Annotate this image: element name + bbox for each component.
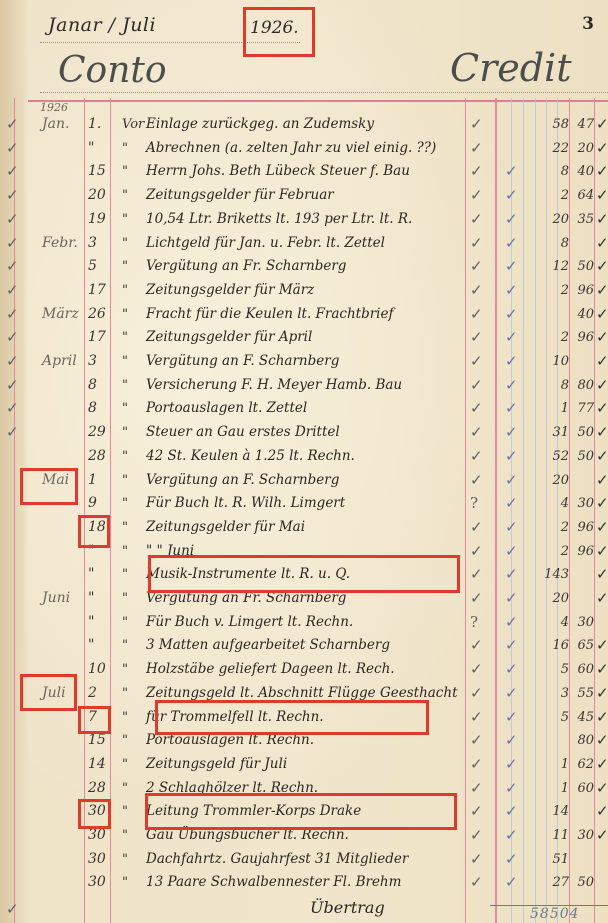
entry-day: 19: [88, 208, 106, 231]
highlight-box-mai: [20, 468, 78, 505]
credit-heading: Credit: [450, 46, 571, 90]
right-check-icon: ✓: [596, 232, 608, 255]
entry-description: 13 Paare Schwalbennester Fl. Brehm: [146, 871, 401, 894]
second-check-icon: ✓: [505, 753, 518, 776]
ledger-row: 30"Dachfahrtz. Gaujahrfest 31 Mitglieder…: [0, 848, 608, 871]
entry-reference: ": [122, 232, 128, 255]
audit-check-icon: ✓: [470, 279, 483, 302]
highlight-box-leitung-trommler: [145, 793, 457, 830]
right-check-icon: ✓: [596, 540, 608, 563]
second-check-icon: ✓: [505, 232, 518, 255]
entry-month: Juni: [42, 587, 70, 610]
entry-cents: 60: [572, 777, 594, 800]
entry-amount: 31: [535, 421, 569, 444]
left-check-icon: ✓: [6, 279, 19, 302]
entry-reference: ": [122, 848, 128, 871]
audit-check-icon: ✓: [470, 255, 483, 278]
entry-amount: 8: [535, 374, 569, 397]
entry-reference: ": [122, 563, 128, 586]
entry-day: 30: [88, 871, 106, 894]
second-check-icon: ✓: [505, 682, 518, 705]
entry-amount: 5: [535, 706, 569, 729]
second-check-icon: ✓: [505, 777, 518, 800]
entry-cents: 96: [572, 540, 594, 563]
entry-amount: 2: [535, 540, 569, 563]
entry-reference: ": [122, 350, 128, 373]
audit-check-icon: ✓: [470, 777, 483, 800]
entry-description: Abrechnen (a. zelten Jahr zu viel einig.…: [146, 137, 436, 160]
entry-day: 30: [88, 848, 106, 871]
entry-day: 3: [88, 350, 97, 373]
entry-description: Zeitungsgeld für Juli: [146, 753, 287, 776]
entry-reference: ": [122, 516, 128, 539]
entry-day: ": [88, 634, 94, 657]
entry-cents: 30: [572, 824, 594, 847]
ledger-row: 28"42 St. Keulen à 1.25 lt. Rechn.✓✓5250…: [0, 445, 608, 468]
entry-amount: 11: [535, 824, 569, 847]
entry-month: März: [42, 303, 79, 326]
audit-check-icon: ✓: [470, 374, 483, 397]
second-check-icon: ✓: [505, 871, 518, 894]
right-check-icon: ✓: [596, 374, 608, 397]
audit-check-icon: ✓: [470, 326, 483, 349]
ledger-row: ✓17"Zeitungsgelder für April✓✓296✓: [0, 326, 608, 349]
entry-amount: 5: [535, 658, 569, 681]
second-check-icon: ✓: [505, 445, 518, 468]
entry-description: Zeitungsgelder für Mai: [146, 516, 305, 539]
audit-check-icon: ✓: [470, 682, 483, 705]
left-check-icon: ✓: [6, 326, 19, 349]
ledger-row: ✓April3"Vergütung an F. Scharnberg✓✓10✓: [0, 350, 608, 373]
entry-month: April: [42, 350, 77, 373]
entry-cents: 35: [572, 208, 594, 231]
left-check-icon: ✓: [6, 160, 19, 183]
second-check-icon: ✓: [505, 326, 518, 349]
right-check-icon: ✓: [596, 729, 608, 752]
right-check-icon: ✓: [596, 397, 608, 420]
right-check-icon: ✓: [596, 587, 608, 610]
entry-reference: ": [122, 255, 128, 278]
second-check-icon: ✓: [505, 492, 518, 515]
left-check-icon: ✓: [6, 303, 19, 326]
entry-reference: ": [122, 729, 128, 752]
entry-reference: ": [122, 279, 128, 302]
entry-description: Lichtgeld für Jan. u. Febr. lt. Zettel: [146, 232, 385, 255]
entry-description: Versicherung F. H. Meyer Hamb. Bau: [146, 374, 402, 397]
audit-check-icon: ✓: [470, 184, 483, 207]
entry-cents: 64: [572, 184, 594, 207]
entry-day: 8: [88, 397, 97, 420]
right-check-icon: ✓: [596, 706, 608, 729]
ledger-row: 9"Für Buch lt. R. Wilh. Limgert?✓430✓: [0, 492, 608, 515]
entry-amount: 20: [535, 469, 569, 492]
entry-amount: 2: [535, 326, 569, 349]
ledger-row: ✓20"Zeitungsgelder für Februar✓✓264✓: [0, 184, 608, 207]
ledger-row: ✓Febr.3"Lichtgeld für Jan. u. Febr. lt. …: [0, 232, 608, 255]
entry-amount: 20: [535, 587, 569, 610]
entry-reference: ": [122, 303, 128, 326]
second-check-icon: ✓: [505, 421, 518, 444]
entry-reference: ": [122, 682, 128, 705]
highlight-box-day-30: [78, 799, 111, 829]
entry-description: Einlage zurückgeg. an Zudemsky: [146, 113, 374, 136]
entry-amount: 1: [535, 777, 569, 800]
entry-cents: 80: [572, 729, 594, 752]
second-check-icon: ✓: [505, 824, 518, 847]
entry-reference: ": [122, 706, 128, 729]
entry-cents: 45: [572, 706, 594, 729]
entry-cents: 50: [572, 421, 594, 444]
left-check-icon: ✓: [6, 374, 19, 397]
second-check-icon: ✓: [505, 160, 518, 183]
right-check-icon: ✓: [596, 326, 608, 349]
second-check-icon: ✓: [505, 800, 518, 823]
entry-month: Febr.: [42, 232, 78, 255]
right-check-icon: ✓: [596, 208, 608, 231]
entry-reference: ": [122, 753, 128, 776]
second-check-icon: ✓: [505, 540, 518, 563]
right-check-icon: ✓: [596, 469, 608, 492]
audit-check-icon: ✓: [470, 658, 483, 681]
conto-heading: Conto: [58, 50, 167, 91]
ledger-row: ✓19"10,54 Ltr. Briketts lt. 193 per Ltr.…: [0, 208, 608, 231]
entry-cents: 96: [572, 279, 594, 302]
period-title: Janar / Juli: [48, 14, 156, 36]
ledger-row: ✓Jan.1.VorEinlage zurückgeg. an Zudemsky…: [0, 113, 608, 136]
left-check-icon: ✓: [6, 397, 19, 420]
second-check-icon: ✓: [505, 397, 518, 420]
entry-reference: ": [122, 587, 128, 610]
entry-day: 26: [88, 303, 106, 326]
entry-amount: 2: [535, 516, 569, 539]
audit-check-icon: ✓: [470, 445, 483, 468]
entry-description: Steuer an Gau erstes Drittel: [146, 421, 340, 444]
entry-amount: 16: [535, 634, 569, 657]
entry-description: Zeitungsgelder für April: [146, 326, 312, 349]
entry-cents: 30: [572, 492, 594, 515]
right-check-icon: ✓: [596, 255, 608, 278]
right-check-icon: ✓: [596, 800, 608, 823]
entry-day: 15: [88, 160, 106, 183]
second-check-icon: ✓: [505, 279, 518, 302]
entry-day: 1: [88, 469, 97, 492]
total-amount: 58504: [530, 906, 580, 922]
left-check-icon: ✓: [6, 232, 19, 255]
second-check-icon: ✓: [505, 611, 518, 634]
ledger-row: ✓""Abrechnen (a. zelten Jahr zu viel ein…: [0, 137, 608, 160]
left-check-icon: ✓: [6, 113, 19, 136]
audit-check-icon: ✓: [470, 421, 483, 444]
left-check-icon: ✓: [6, 184, 19, 207]
right-check-icon: ✓: [596, 634, 608, 657]
highlight-box-juli: [20, 674, 77, 711]
ledger-row: ✓5"Vergütung an Fr. Scharnberg✓✓1250✓: [0, 255, 608, 278]
right-check-icon: ✓: [596, 753, 608, 776]
ledger-row: ✓29"Steuer an Gau erstes Drittel✓✓3150✓: [0, 421, 608, 444]
entry-day: 29: [88, 421, 106, 444]
entry-cents: 20: [572, 137, 594, 160]
right-check-icon: ✓: [596, 445, 608, 468]
entry-cents: 77: [572, 397, 594, 420]
ledger-row: 30"13 Paare Schwalbennester Fl. Brehm✓✓2…: [0, 871, 608, 894]
right-check-icon: ✓: [596, 184, 608, 207]
entry-reference: ": [122, 824, 128, 847]
total-cents: 04: [560, 906, 580, 922]
audit-check-icon: ✓: [470, 303, 483, 326]
heading-dotted-line: [40, 92, 608, 93]
entry-day: 28: [88, 777, 106, 800]
ledger-row: ✓15"Herrn Johs. Beth Lübeck Steuer f. Ba…: [0, 160, 608, 183]
entry-reference: Vor: [122, 113, 144, 136]
second-check-icon: ✓: [505, 848, 518, 871]
entry-cents: 50: [572, 871, 594, 894]
entry-reference: ": [122, 374, 128, 397]
page-number: 3: [582, 14, 594, 34]
audit-check-icon: ✓: [470, 397, 483, 420]
second-check-icon: ✓: [505, 350, 518, 373]
audit-check-icon: ?: [470, 492, 478, 515]
entry-day: 5: [88, 255, 97, 278]
top-rule: [28, 100, 608, 102]
second-check-icon: ✓: [505, 658, 518, 681]
total-value: 585: [530, 906, 560, 922]
highlight-box-musik-instrumente: [148, 555, 460, 593]
entry-description: Zeitungsgelder für Februar: [146, 184, 334, 207]
left-check-icon: ✓: [6, 255, 19, 278]
entry-day: 10: [88, 658, 106, 681]
entry-description: 3 Matten aufgearbeitet Scharnberg: [146, 634, 390, 657]
audit-check-icon: ✓: [470, 587, 483, 610]
entry-day: 28: [88, 445, 106, 468]
left-check-icon: ✓: [6, 137, 19, 160]
entry-day: 1.: [88, 113, 101, 136]
audit-check-icon: ✓: [470, 824, 483, 847]
right-check-icon: ✓: [596, 160, 608, 183]
highlight-box-year: [243, 7, 315, 57]
entry-day: 17: [88, 326, 106, 349]
audit-check-icon: ✓: [470, 848, 483, 871]
highlight-box-trommelfell: [155, 700, 429, 735]
entry-cents: 55: [572, 682, 594, 705]
entry-reference: ": [122, 777, 128, 800]
ledger-row: 14"Zeitungsgeld für Juli✓✓162✓: [0, 753, 608, 776]
entry-description: Holzstäbe geliefert Dageen lt. Rech.: [146, 658, 395, 681]
audit-check-icon: ✓: [470, 232, 483, 255]
highlight-box-day-7: [78, 706, 111, 734]
audit-check-icon: ✓: [470, 800, 483, 823]
entry-description: Zeitungsgelder für März: [146, 279, 314, 302]
entry-reference: ": [122, 871, 128, 894]
right-check-icon: ✓: [596, 492, 608, 515]
second-check-icon: ✓: [505, 184, 518, 207]
second-check-icon: ✓: [505, 374, 518, 397]
audit-check-icon: ✓: [470, 634, 483, 657]
entry-cents: 96: [572, 516, 594, 539]
entry-amount: 3: [535, 682, 569, 705]
entry-amount: 2: [535, 184, 569, 207]
right-check-icon: ✓: [596, 658, 608, 681]
entry-description: Portoauslagen lt. Zettel: [146, 397, 307, 420]
entry-cents: 50: [572, 445, 594, 468]
right-check-icon: ✓: [596, 113, 608, 136]
entry-day: ": [88, 137, 94, 160]
entry-description: Vergütung an F. Scharnberg: [146, 350, 339, 373]
second-check-icon: ✓: [505, 208, 518, 231]
second-check-icon: ✓: [505, 706, 518, 729]
entry-reference: ": [122, 445, 128, 468]
right-check-icon: ✓: [596, 563, 608, 586]
right-check-icon: ✓: [596, 682, 608, 705]
ledger-page: Janar / Juli 1926. 3 Conto Credit 1926 ✓…: [0, 0, 608, 923]
ledger-row: 10"Holzstäbe geliefert Dageen lt. Rech.✓…: [0, 658, 608, 681]
entry-reference: ": [122, 800, 128, 823]
audit-check-icon: ✓: [470, 706, 483, 729]
entry-amount: 51: [535, 848, 569, 871]
entry-description: Vergütung an Fr. Scharnberg: [146, 255, 346, 278]
entry-amount: 52: [535, 445, 569, 468]
entry-reference: ": [122, 397, 128, 420]
ledger-row: ✓8"Versicherung F. H. Meyer Hamb. Bau✓✓8…: [0, 374, 608, 397]
entry-cents: 40: [572, 303, 594, 326]
audit-check-icon: ✓: [470, 729, 483, 752]
entry-day: ": [88, 611, 94, 634]
audit-check-icon: ✓: [470, 208, 483, 231]
entry-cents: 62: [572, 753, 594, 776]
second-check-icon: ✓: [505, 516, 518, 539]
entry-cents: 65: [572, 634, 594, 657]
entry-day: 8: [88, 374, 97, 397]
audit-check-icon: ✓: [470, 753, 483, 776]
entry-cents: 50: [572, 255, 594, 278]
entry-description: Fracht für die Keulen lt. Frachtbrief: [146, 303, 394, 326]
second-check-icon: ✓: [505, 729, 518, 752]
entry-cents: 40: [572, 160, 594, 183]
entry-description: Für Buch v. Limgert lt. Rechn.: [146, 611, 353, 634]
entry-description: Für Buch lt. R. Wilh. Limgert: [146, 492, 345, 515]
entry-description: Dachfahrtz. Gaujahrfest 31 Mitglieder: [146, 848, 408, 871]
entry-reference: ": [122, 137, 128, 160]
audit-check-icon: ✓: [470, 871, 483, 894]
carry-over-label: Übertrag: [310, 898, 385, 917]
entry-day: ": [88, 587, 94, 610]
audit-check-icon: ✓: [470, 350, 483, 373]
right-check-icon: ✓: [596, 303, 608, 326]
entry-cents: 80: [572, 374, 594, 397]
audit-check-icon: ✓: [470, 137, 483, 160]
audit-check-icon: ✓: [470, 563, 483, 586]
entry-reference: ": [122, 469, 128, 492]
audit-check-icon: ✓: [470, 516, 483, 539]
entry-cents: 96: [572, 326, 594, 349]
ledger-row: Mai1"Vergütung an F. Scharnberg✓✓20✓: [0, 469, 608, 492]
right-check-icon: ✓: [596, 421, 608, 444]
right-check-icon: ✓: [596, 824, 608, 847]
entry-amount: 10: [535, 350, 569, 373]
entry-amount: 8: [535, 160, 569, 183]
entry-day: 3: [88, 232, 97, 255]
entry-day: 2: [88, 682, 97, 705]
entry-description: Herrn Johs. Beth Lübeck Steuer f. Bau: [146, 160, 410, 183]
ledger-row: ✓17"Zeitungsgelder für März✓✓296✓: [0, 279, 608, 302]
entry-month: Jan.: [42, 113, 69, 136]
entry-day: 9: [88, 492, 97, 515]
entry-reference: ": [122, 160, 128, 183]
entry-cents: 60: [572, 658, 594, 681]
entry-reference: ": [122, 658, 128, 681]
entry-amount: 22: [535, 137, 569, 160]
entry-amount: 4: [535, 492, 569, 515]
second-check-icon: ✓: [505, 587, 518, 610]
left-check-icon: ✓: [6, 208, 19, 231]
entry-amount: 1: [535, 397, 569, 420]
ledger-row: ✓8"Portoauslagen lt. Zettel✓✓177✓: [0, 397, 608, 420]
audit-check-icon: ?: [470, 611, 478, 634]
left-check-icon: ✓: [6, 350, 19, 373]
ledger-row: ""Für Buch v. Limgert lt. Rechn.?✓430: [0, 611, 608, 634]
entry-cents: 47: [572, 113, 594, 136]
entry-description: Vergütung an F. Scharnberg: [146, 469, 339, 492]
second-check-icon: ✓: [505, 634, 518, 657]
entry-day: 20: [88, 184, 106, 207]
entry-reference: ": [122, 540, 128, 563]
audit-check-icon: ✓: [470, 113, 483, 136]
entry-reference: ": [122, 184, 128, 207]
entry-cents: 30: [572, 611, 594, 634]
entry-day: ": [88, 563, 94, 586]
right-check-icon: ✓: [596, 777, 608, 800]
entry-amount: 8: [535, 232, 569, 255]
entry-reference: ": [122, 326, 128, 349]
entry-amount: 4: [535, 611, 569, 634]
entry-amount: 14: [535, 800, 569, 823]
entry-amount: 12: [535, 255, 569, 278]
right-check-icon: ✓: [596, 516, 608, 539]
entry-description: 10,54 Ltr. Briketts lt. 193 per Ltr. lt.…: [146, 208, 412, 231]
highlight-box-day-18: [78, 515, 110, 548]
entry-amount: 1: [535, 753, 569, 776]
entry-day: 14: [88, 753, 106, 776]
second-check-icon: ✓: [505, 303, 518, 326]
second-check-icon: ✓: [505, 563, 518, 586]
audit-check-icon: ✓: [470, 540, 483, 563]
right-check-icon: ✓: [596, 350, 608, 373]
entry-amount: 143: [535, 563, 569, 586]
audit-check-icon: ✓: [470, 469, 483, 492]
right-check-icon: ✓: [596, 279, 608, 302]
entry-amount: 27: [535, 871, 569, 894]
entry-amount: 58: [535, 113, 569, 136]
entry-day: 17: [88, 279, 106, 302]
entry-reference: ": [122, 421, 128, 444]
entry-reference: ": [122, 208, 128, 231]
left-check-icon: ✓: [6, 421, 19, 444]
check-mark-icon: ✓: [6, 898, 19, 921]
entry-description: 42 St. Keulen à 1.25 lt. Rechn.: [146, 445, 355, 468]
right-check-icon: ✓: [596, 137, 608, 160]
entry-amount: 2: [535, 279, 569, 302]
second-check-icon: ✓: [505, 469, 518, 492]
entry-reference: ": [122, 611, 128, 634]
second-check-icon: ✓: [505, 255, 518, 278]
ledger-row: ""3 Matten aufgearbeitet Scharnberg✓✓166…: [0, 634, 608, 657]
entry-amount: 20: [535, 208, 569, 231]
entry-reference: ": [122, 634, 128, 657]
audit-check-icon: ✓: [470, 160, 483, 183]
entry-reference: ": [122, 492, 128, 515]
ledger-row: ✓März26"Fracht für die Keulen lt. Fracht…: [0, 303, 608, 326]
